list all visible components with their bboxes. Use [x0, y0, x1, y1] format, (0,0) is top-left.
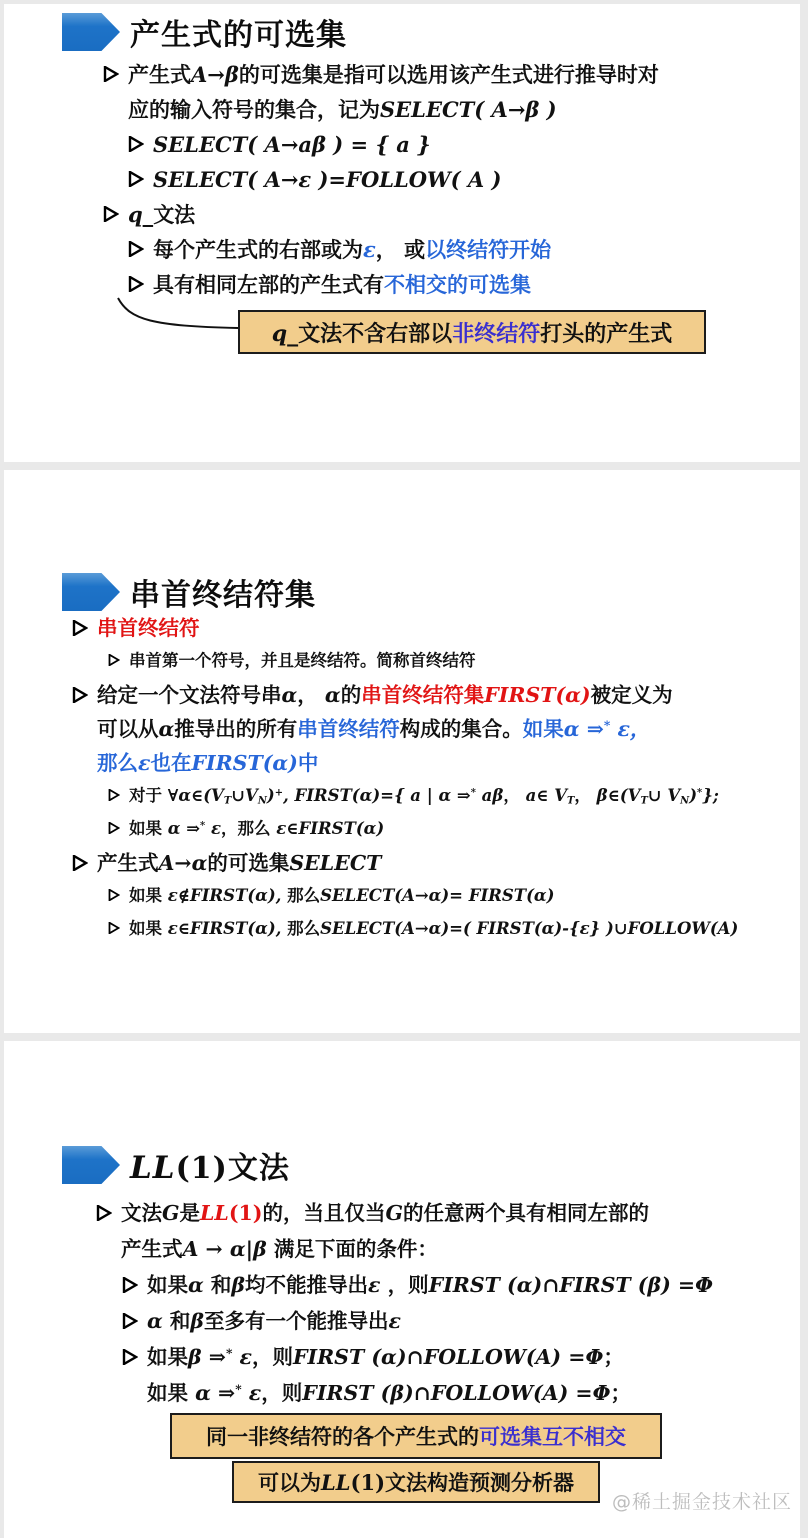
slide-first-terminal-set: 串首终结符集 串首终结符串首第一个符号，并且是终结符。简称首终结符给定一个文法符…: [4, 470, 800, 1033]
text-segment: ∪V: [231, 786, 258, 805]
text-segment: ε: [368, 1273, 388, 1297]
text-segment: 每个产生式的右部或为: [153, 237, 363, 262]
bullet-text: SELECT( A→ε )=FOLLOW( A ): [153, 167, 501, 192]
text-segment: 的: [341, 683, 362, 707]
text-segment: ε: [232, 1345, 252, 1369]
bullet-line: 产生式A→β的可选集是指可以选用该产生式进行推导时对: [103, 62, 796, 87]
slide-title-bar: 串首终结符集: [62, 570, 316, 614]
text-segment: ，: [574, 786, 596, 805]
text-segment: ，: [297, 683, 325, 707]
bullet-line: SELECT( A→ε )=FOLLOW( A ): [128, 167, 796, 192]
text-segment: A→β: [191, 62, 239, 87]
bullet-line: 如果 ε∉FIRST(α), 那么SELECT(A→α)= FIRST(α): [108, 885, 796, 906]
text-segment: A → α|β: [183, 1237, 274, 1261]
text-segment: 产生式: [128, 62, 191, 87]
bullet-marker-icon: [108, 654, 120, 666]
text-segment: ，: [503, 786, 525, 805]
text-segment: FIRST (β)∩FOLLOW(A) =Φ: [302, 1381, 610, 1405]
text-segment: FIRST(α): [191, 751, 297, 775]
text-segment: 那么: [287, 886, 320, 905]
bullet-text: 产生式A → α|β 满足下面的条件：: [121, 1237, 438, 1262]
text-segment: ∪ V: [648, 786, 680, 805]
text-segment: 串首终结符集: [361, 683, 484, 707]
text-segment: (1): [229, 1201, 263, 1225]
text-segment: 产生式: [121, 1237, 183, 1261]
text-segment: ，那么: [221, 819, 276, 838]
bullet-text: 串首第一个符号，并且是终结符。简称首终结符: [129, 650, 476, 671]
text-segment: ε: [138, 751, 150, 775]
bullet-line: 产生式A → α|β 满足下面的条件：: [96, 1237, 796, 1262]
text-segment: ；: [603, 1345, 624, 1369]
text-segment: 文法: [121, 1201, 162, 1225]
text-segment: 至多有一个能推导出: [204, 1309, 389, 1333]
bullet-marker-icon: [72, 855, 88, 871]
bullet-marker-icon: [128, 171, 144, 187]
text-segment: ε: [205, 819, 221, 838]
text-segment: LL: [200, 1201, 229, 1225]
callout-text: 可以为LL(1)文法构造预测分析器: [258, 1467, 574, 1497]
bullet-text: 文法G是LL(1)的，当且仅当G的任意两个具有相同左部的: [121, 1201, 649, 1226]
bullet-marker-icon: [122, 1277, 138, 1293]
text-segment: α: [325, 683, 341, 707]
text-segment: 那么: [97, 751, 138, 775]
bullet-marker-icon: [108, 822, 120, 834]
bullet-marker-icon: [96, 1205, 112, 1221]
text-segment: β: [190, 1309, 204, 1333]
bullet-line: 如果 ε∈FIRST(α), 那么SELECT(A→α)=( FIRST(α)-…: [108, 918, 796, 939]
bullet-line: 如果 α ⇒* ε，那么 ε∈FIRST(α): [108, 818, 796, 839]
text-segment: 被定义为: [591, 683, 673, 707]
text-segment: 构成的集合。: [400, 717, 523, 741]
section-arrow-icon: [62, 573, 120, 611]
bullet-marker-icon: [122, 1313, 138, 1329]
text-segment: LL: [130, 1150, 176, 1186]
bullet-line: 可以从α推导出的所有串首终结符构成的集合。如果α ⇒* ε，: [72, 717, 796, 742]
section-arrow-icon: [62, 1146, 120, 1184]
text-segment: 的可选集是指可以选用该产生式进行推导时对: [239, 62, 659, 87]
text-segment: ε∈FIRST(α),: [168, 919, 287, 938]
text-segment: ε，: [610, 717, 650, 741]
text-segment: 对于: [129, 786, 168, 805]
bullet-line: 给定一个文法符号串α， α的串首终结符集FIRST(α)被定义为: [72, 683, 796, 708]
bullet-marker-icon: [72, 620, 88, 636]
bullet-marker-icon: [103, 206, 119, 222]
bullet-marker-icon: [108, 922, 120, 934]
text-segment: N: [680, 795, 689, 806]
text-segment: 产生式的可选集: [130, 18, 347, 53]
text-segment: 和: [211, 1273, 232, 1297]
text-segment: 应的输入符号的集合，记为: [128, 97, 380, 122]
text-segment: 的，当且仅当: [263, 1201, 386, 1225]
text-segment: SELECT(A→α)=( FIRST(α)-{ε} )∪FOLLOW(A): [320, 919, 738, 938]
text-segment: ∀α∈(V: [168, 786, 224, 805]
text-segment: 中: [298, 751, 319, 775]
callout-connector-line: [110, 294, 244, 336]
text-segment: β: [231, 1273, 245, 1297]
slide-title-bar: 产生式的可选集: [62, 10, 347, 54]
text-segment: α: [147, 1309, 170, 1333]
bullet-text: 如果 α ⇒* ε，那么 ε∈FIRST(α): [129, 818, 384, 839]
slide-ll1-grammar: LL(1)文法 文法G是LL(1)的，当且仅当G的任意两个具有相同左部的产生式A…: [4, 1041, 800, 1538]
text-segment: FIRST (α)∩FIRST (β) =Φ: [429, 1273, 713, 1297]
bullet-line: 应的输入符号的集合，记为SELECT( A→β ): [103, 97, 796, 122]
text-segment: 文法不含右部以: [298, 321, 452, 347]
bullet-text: 应的输入符号的集合，记为SELECT( A→β ): [128, 97, 557, 122]
bullet-text: 每个产生式的右部或为ε， 或以终结符开始: [153, 237, 551, 262]
callout-text: q_文法不含右部以非终结符打头的产生式: [272, 317, 672, 348]
bullet-text: α 和β至多有一个能推导出ε: [147, 1309, 401, 1334]
text-segment: ε: [242, 1381, 262, 1405]
slide-title: 串首终结符集: [130, 570, 316, 614]
bullet-marker-icon: [108, 889, 120, 901]
bullet-line: 每个产生式的右部或为ε， 或以终结符开始: [128, 237, 796, 262]
bullet-text: 如果β ⇒* ε，则FIRST (α)∩FOLLOW(A) =Φ；: [147, 1345, 624, 1370]
text-segment: ，则: [252, 1345, 293, 1369]
bullet-marker-icon: [72, 687, 88, 703]
text-segment: SELECT( A→aβ ) = { a }: [153, 132, 431, 157]
text-segment: 如果: [147, 1345, 188, 1369]
bullet-line: 对于 ∀α∈(VT∪VN)+, FIRST(α)={ a | α ⇒* aβ， …: [108, 785, 796, 806]
text-segment: ；: [610, 1381, 631, 1405]
text-segment: FIRST (α)∩FOLLOW(A) =Φ: [293, 1345, 603, 1369]
bullet-text: 对于 ∀α∈(VT∪VN)+, FIRST(α)={ a | α ⇒* aβ， …: [129, 785, 719, 806]
text-segment: 如果: [523, 717, 564, 741]
text-segment: ε∉FIRST(α),: [168, 886, 287, 905]
bullet-text: 如果α 和β均不能推导出ε ，则FIRST (α)∩FIRST (β) =Φ: [147, 1273, 713, 1298]
bullet-text: 如果 ε∉FIRST(α), 那么SELECT(A→α)= FIRST(α): [129, 885, 554, 906]
text-segment: ε: [363, 237, 376, 262]
text-segment: 串首终结符: [97, 616, 200, 640]
bullet-marker-icon: [122, 1349, 138, 1365]
watermark: @稀土掘金技术社区: [612, 1487, 792, 1514]
bullet-text: 那么ε也在FIRST(α)中: [97, 751, 318, 776]
text-segment: ， 或: [376, 237, 425, 262]
bullet-marker-icon: [128, 276, 144, 292]
slide-title: LL(1)文法: [130, 1143, 290, 1187]
text-segment: 可以为: [258, 1470, 321, 1495]
text-segment: 和: [170, 1309, 191, 1333]
bullet-line: q_文法: [103, 202, 796, 227]
bullet-list: 产生式A→β的可选集是指可以选用该产生式进行推导时对应的输入符号的集合，记为SE…: [103, 62, 796, 307]
text-segment: 也在: [150, 751, 191, 775]
text-segment: G: [386, 1201, 404, 1225]
bullet-marker-icon: [108, 789, 120, 801]
text-segment: T: [640, 795, 647, 806]
callout-text: 同一非终结符的各个产生式的可选集互不相交: [206, 1421, 626, 1451]
text-segment: 如果: [129, 919, 168, 938]
bullet-line: 如果β ⇒* ε，则FIRST (α)∩FOLLOW(A) =Φ；: [122, 1345, 796, 1370]
bullet-marker-icon: [128, 136, 144, 152]
bullet-text: 串首终结符: [97, 616, 200, 641]
text-segment: LL: [321, 1470, 351, 1495]
text-segment: 如果: [147, 1273, 188, 1297]
text-segment: α: [188, 1273, 211, 1297]
bullet-text: 如果 ε∈FIRST(α), 那么SELECT(A→α)=( FIRST(α)-…: [129, 918, 738, 939]
section-arrow-icon: [62, 13, 120, 51]
text-segment: 如果: [129, 886, 168, 905]
text-segment: 的可选集: [207, 851, 289, 875]
text-segment: a∈ V: [526, 786, 567, 805]
bullet-text: 给定一个文法符号串α， α的串首终结符集FIRST(α)被定义为: [97, 683, 673, 708]
text-segment: 文法: [153, 202, 195, 227]
bullet-line: 如果 α ⇒* ε，则FIRST (β)∩FOLLOW(A) =Φ；: [122, 1381, 796, 1406]
bullet-line: 文法G是LL(1)的，当且仅当G的任意两个具有相同左部的: [96, 1201, 796, 1226]
text-segment: aβ: [476, 786, 503, 805]
text-segment: SELECT: [289, 851, 381, 875]
text-segment: SELECT( A→β ): [380, 97, 557, 122]
text-segment: 文法构造预测分析器: [385, 1470, 574, 1495]
text-segment: q_: [272, 321, 298, 347]
text-segment: SELECT( A→ε )=FOLLOW( A ): [153, 167, 501, 192]
text-segment: 文法: [228, 1151, 290, 1186]
text-segment: 满足下面的条件：: [274, 1237, 438, 1261]
text-segment: +: [275, 788, 283, 799]
text-segment: 不相交的可选集: [384, 272, 531, 297]
bullet-list: 串首终结符串首第一个符号，并且是终结符。简称首终结符给定一个文法符号串α， α的…: [72, 616, 796, 951]
bullet-marker-icon: [128, 241, 144, 257]
text-segment: 可以从: [97, 717, 159, 741]
text-segment: , FIRST(α)={ a | α ⇒: [283, 786, 471, 805]
text-segment: 同一非终结符的各个产生式的: [206, 1424, 479, 1449]
text-segment: ): [267, 786, 275, 805]
bullet-text: q_文法: [128, 202, 195, 227]
page: { "watermark": "@稀土掘金技术社区", "colors": { …: [0, 0, 808, 1538]
text-segment: 可选集互不相交: [479, 1424, 626, 1449]
text-segment: 如果: [129, 819, 168, 838]
text-segment: };: [702, 786, 719, 805]
text-segment: 打头的产生式: [540, 321, 672, 347]
bullet-text: SELECT( A→aβ ) = { a }: [153, 132, 431, 157]
text-segment: 给定一个文法符号串: [97, 683, 282, 707]
bullet-text: 如果 α ⇒* ε，则FIRST (β)∩FOLLOW(A) =Φ；: [147, 1381, 631, 1406]
bullet-line: 如果α 和β均不能推导出ε ，则FIRST (α)∩FIRST (β) =Φ: [122, 1273, 796, 1298]
text-segment: 非终结符: [452, 321, 540, 347]
text-segment: α: [159, 717, 175, 741]
text-segment: α ⇒: [168, 819, 200, 838]
bullet-text: 可以从α推导出的所有串首终结符构成的集合。如果α ⇒* ε，: [97, 717, 650, 742]
text-segment: SELECT(A→α)= FIRST(α): [320, 886, 554, 905]
text-segment: β ⇒: [188, 1345, 226, 1369]
text-segment: A→α: [159, 851, 208, 875]
text-segment: α: [282, 683, 298, 707]
text-segment: ε: [389, 1309, 401, 1333]
text-segment: 以终结符开始: [425, 237, 551, 262]
text-segment: (1): [176, 1151, 228, 1186]
text-segment: α ⇒: [564, 717, 604, 741]
text-segment: N: [258, 795, 267, 806]
text-segment: 串首终结符集: [130, 578, 316, 613]
slide-production-select-set: 产生式的可选集 产生式A→β的可选集是指可以选用该产生式进行推导时对应的输入符号…: [4, 4, 800, 462]
text-segment: β∈(V: [597, 786, 641, 805]
callout-box-select-disjoint: 同一非终结符的各个产生式的可选集互不相交: [170, 1413, 662, 1459]
bullet-line: 那么ε也在FIRST(α)中: [72, 751, 796, 776]
text-segment: 是: [180, 1201, 201, 1225]
callout-box-q-grammar: q_文法不含右部以非终结符打头的产生式: [238, 310, 706, 354]
text-segment: 的任意两个具有相同左部的: [403, 1201, 649, 1225]
bullet-text: 产生式A→α的可选集SELECT: [97, 851, 381, 876]
bullet-text: 产生式A→β的可选集是指可以选用该产生式进行推导时对: [128, 62, 659, 87]
text-segment: 那么: [287, 919, 320, 938]
text-segment: ，则: [261, 1381, 302, 1405]
text-segment: ε∈FIRST(α): [276, 819, 384, 838]
bullet-line: α 和β至多有一个能推导出ε: [122, 1309, 796, 1334]
bullet-line: 串首终结符: [72, 616, 796, 641]
text-segment: ，则: [388, 1273, 429, 1297]
callout-box-predictive-parser: 可以为LL(1)文法构造预测分析器: [232, 1461, 600, 1503]
text-segment: q_: [128, 202, 153, 227]
text-segment: G: [162, 1201, 180, 1225]
bullet-line: SELECT( A→aβ ) = { a }: [128, 132, 796, 157]
text-segment: 串首第一个符号，并且是终结符。简称首终结符: [129, 651, 476, 670]
text-segment: α ⇒: [195, 1381, 235, 1405]
bullet-marker-icon: [103, 66, 119, 82]
text-segment: (1): [351, 1470, 385, 1495]
text-segment: 产生式: [97, 851, 159, 875]
bullet-line: 串首第一个符号，并且是终结符。简称首终结符: [108, 650, 796, 671]
slide-title-bar: LL(1)文法: [62, 1143, 290, 1187]
bullet-line: 产生式A→α的可选集SELECT: [72, 851, 796, 876]
bullet-list: 文法G是LL(1)的，当且仅当G的任意两个具有相同左部的产生式A → α|β 满…: [96, 1201, 796, 1417]
text-segment: 推导出的所有: [174, 717, 297, 741]
text-segment: 串首终结符: [297, 717, 400, 741]
slide-title: 产生式的可选集: [130, 10, 347, 54]
text-segment: FIRST(α): [484, 683, 590, 707]
text-segment: ): [689, 786, 697, 805]
text-segment: 如果: [147, 1381, 195, 1405]
text-segment: 均不能推导出: [245, 1273, 368, 1297]
